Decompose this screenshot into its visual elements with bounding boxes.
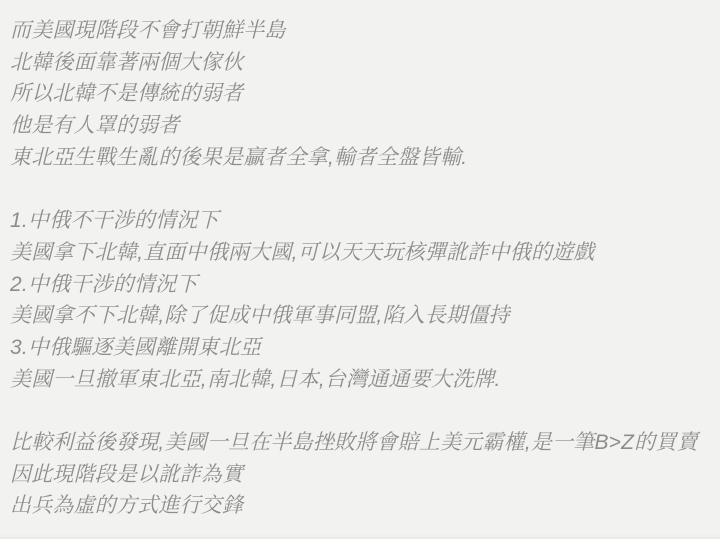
text-line: 比較利益後發現,美國一旦在半島挫敗將會賠上美元霸權,是一筆B>Z的買賣 [10,427,720,459]
text-line: 美國拿不下北韓,除了促成中俄軍事同盟,陷入長期僵持 [10,300,720,332]
text-line: 美國一旦撤軍東北亞,南北韓,日本,台灣通通要大洗牌. [10,364,720,396]
text-line: 北韓後面靠著兩個大傢伙 [10,47,720,79]
text-line: 所以北韓不是傳統的弱者 [10,78,720,110]
post-text-block: 而美國現階段不會打朝鮮半島 北韓後面靠著兩個大傢伙 所以北韓不是傳統的弱者 他是… [10,15,720,522]
text-line: 因此現階段是以訛詐為實 [10,459,720,491]
text-line: 而美國現階段不會打朝鮮半島 [10,15,720,47]
blank-line [10,173,720,205]
blank-line [10,395,720,427]
text-line: 東北亞生戰生亂的後果是贏者全拿,輸者全盤皆輸. [10,142,720,174]
text-line: 他是有人罩的弱者 [10,110,720,142]
text-line: 2.中俄干涉的情況下 [10,269,720,301]
text-line: 出兵為虛的方式進行交鋒 [10,490,720,522]
bottom-edge-shadow [0,534,720,539]
page: { "page": { "background_color": "#f2f2f0… [0,0,720,539]
text-line: 3.中俄驅逐美國離開東北亞 [10,332,720,364]
text-line: 1.中俄不干涉的情況下 [10,205,720,237]
text-line: 美國拿下北韓,直面中俄兩大國,可以天天玩核彈訛詐中俄的遊戲 [10,237,720,269]
